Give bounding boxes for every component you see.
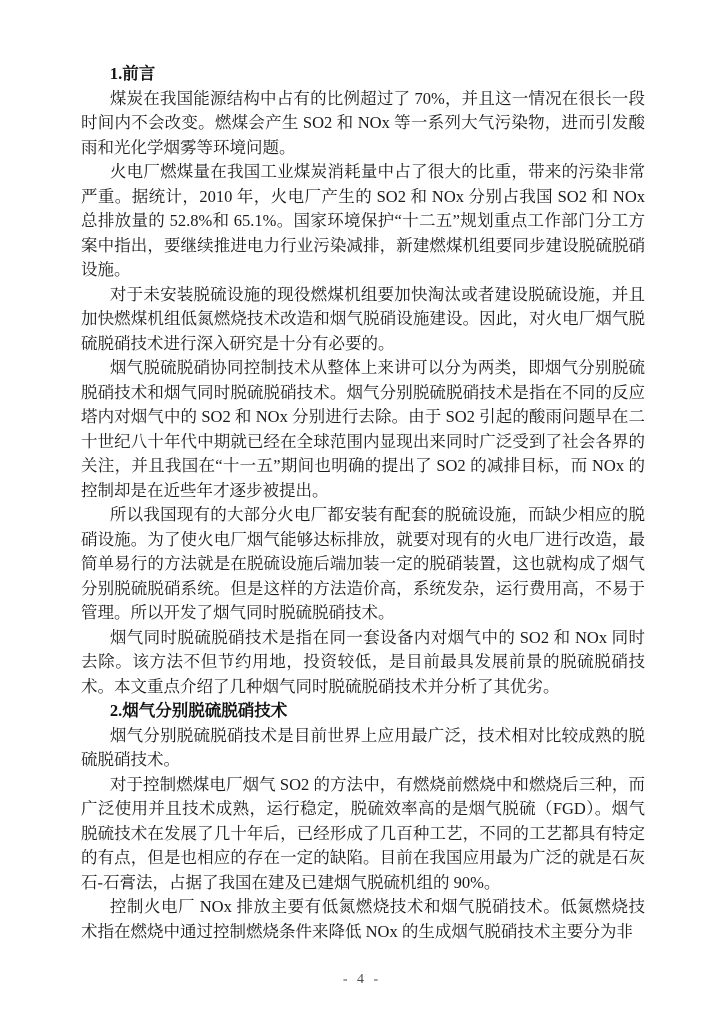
- body-paragraph: 控制火电厂 NOx 排放主要有低氮燃烧技术和烟气脱硝技术。低氮燃烧技术指在燃烧中…: [81, 895, 645, 944]
- body-paragraph: 火电厂燃煤量在我国工业煤炭消耗量中占了很大的比重，带来的污染非常严重。据统计，2…: [81, 160, 645, 283]
- body-paragraph: 对于控制燃煤电厂烟气 SO2 的方法中，有燃烧前燃烧中和燃烧后三种，而广泛使用并…: [81, 773, 645, 896]
- section-heading: 1.前言: [81, 62, 645, 87]
- page-number: - 4 -: [343, 972, 381, 987]
- body-paragraph: 烟气同时脱硫脱硝技术是指在同一套设备内对烟气中的 SO2 和 NOx 同时去除。…: [81, 626, 645, 700]
- page-footer: - 4 -: [0, 970, 724, 988]
- body-paragraph: 所以我国现有的大部分火电厂都安装有配套的脱硫设施，而缺少相应的脱硝设施。为了使火…: [81, 503, 645, 626]
- body-paragraph: 烟气脱硫脱硝协同控制技术从整体上来讲可以分为两类，即烟气分别脱硫脱硝技术和烟气同…: [81, 356, 645, 503]
- body-paragraph: 对于未安装脱硫设施的现役燃煤机组要加快淘汰或者建设脱硫设施，并且加快燃煤机组低氮…: [81, 283, 645, 357]
- body-paragraph: 烟气分别脱硫脱硝技术是目前世界上应用最广泛，技术相对比较成熟的脱硫脱硝技术。: [81, 724, 645, 773]
- section-heading: 2.烟气分别脱硫脱硝技术: [81, 699, 645, 724]
- document-page: 1.前言煤炭在我国能源结构中占有的比例超过了 70%，并且这一情况在很长一段时间…: [0, 0, 724, 1024]
- document-body: 1.前言煤炭在我国能源结构中占有的比例超过了 70%，并且这一情况在很长一段时间…: [81, 62, 645, 944]
- body-paragraph: 煤炭在我国能源结构中占有的比例超过了 70%，并且这一情况在很长一段时间内不会改…: [81, 87, 645, 161]
